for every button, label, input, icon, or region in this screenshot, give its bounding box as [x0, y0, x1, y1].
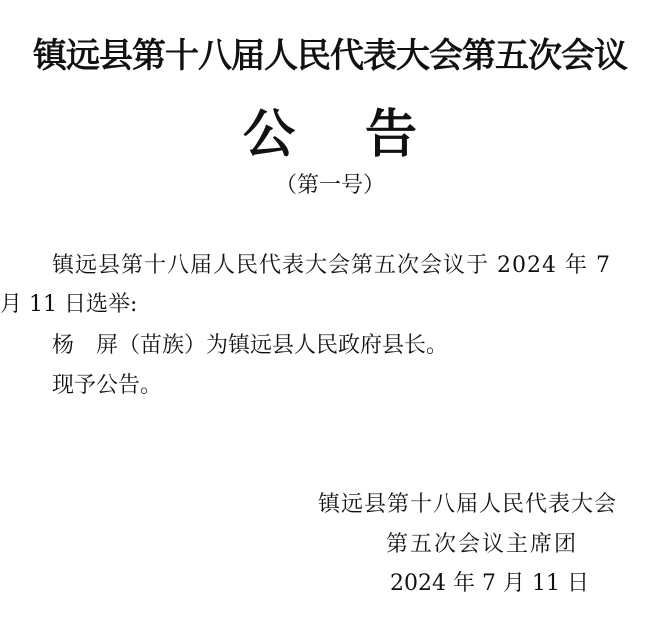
heading-char-2: 告: [365, 92, 417, 167]
signature-date: 2024 年 7 月 11 日: [390, 566, 589, 597]
body-closing-line: 现予公告。: [52, 368, 162, 399]
announcement-number: （第一号）: [0, 168, 660, 199]
body-paragraph-line-1: 镇远县第十八届人民代表大会第五次会议于 2024 年 7: [52, 248, 611, 279]
signature-org-line-2: 第五次会议主席团: [386, 527, 578, 558]
document-title: 镇远县第十八届人民代表大会第五次会议: [0, 28, 660, 77]
heading-char-1: 公: [243, 92, 295, 167]
signature-org-line-1: 镇远县第十八届人民代表大会: [318, 487, 617, 518]
body-appointment-line: 杨 屏（苗族）为镇远县人民政府县长。: [52, 328, 448, 359]
body-paragraph-line-2: 月 11 日选举:: [0, 287, 137, 318]
document-heading: 公告: [0, 92, 660, 167]
